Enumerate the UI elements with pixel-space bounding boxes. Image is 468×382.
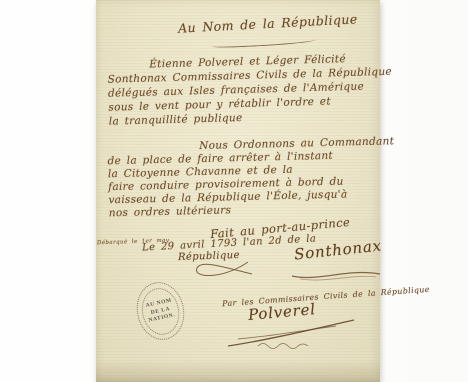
paragraph-commissioners: Étienne Polverel et Léger Félicité Sonth… — [107, 51, 373, 128]
document-title: Au Nom de la République — [178, 11, 358, 35]
scan-background: Au Nom de la République Étienne Polverel… — [0, 0, 468, 382]
title-underline-flourish — [212, 37, 316, 48]
signature-paraph-scribble — [258, 344, 308, 349]
nation-stamp-inner-ring: AU NOM DE LA NATION. — [138, 284, 184, 338]
manuscript-page: Au Nom de la République Étienne Polverel… — [96, 0, 380, 382]
closing-republique-line: République — [178, 250, 240, 263]
nation-stamp: AU NOM DE LA NATION. — [131, 278, 189, 345]
sonthonax-signature-flourish — [290, 266, 382, 282]
paragraph-order: Nous Ordonnons au Commandant de la place… — [107, 136, 377, 221]
